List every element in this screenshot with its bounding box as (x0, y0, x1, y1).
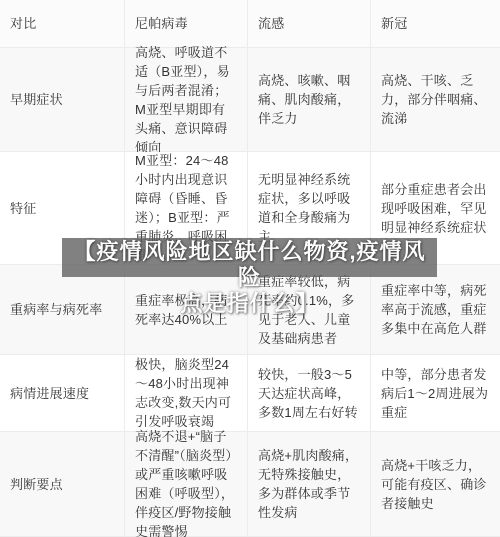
column-header-nipah: 尼帕病毒 (125, 0, 248, 48)
cell-early-symptoms-covid: 高烧、干咳、乏力，部分伴咽痛、流涕 (371, 48, 500, 152)
cell-text: 中等，部分患者发病后1～2周进展为重症 (381, 365, 490, 422)
column-header-flu: 流感 (248, 0, 371, 48)
row-label-text: 早期症状 (10, 90, 63, 109)
cell-text: 较快，一般3～5天达症状高峰，多数1周左右好转 (258, 365, 360, 422)
cell-judgment-flu: 高烧+肌肉酸痛，无特殊接触史，多为群体或季节性发病 (248, 432, 371, 537)
header-label: 尼帕病毒 (135, 14, 188, 33)
row-label-progression-speed: 病情进展速度 (0, 355, 125, 432)
row-label-early-symptoms: 早期症状 (0, 48, 125, 152)
row-label-text: 判断要点 (10, 475, 63, 494)
row-label-severity-fatality: 重病率与病死率 (0, 265, 125, 355)
column-header-compare: 对比 (0, 0, 125, 48)
cell-severity-covid: 重症率中等，病死率高于流感，重症多集中在高危人群 (371, 265, 500, 355)
cell-progression-nipah: 极快，脑炎型24～48小时出现神志改变,数天内可引发呼吸衰竭 (125, 355, 248, 432)
row-label-text: 特征 (10, 199, 36, 218)
cell-progression-flu: 较快，一般3～5天达症状高峰，多数1周左右好转 (248, 355, 371, 432)
cell-progression-covid: 中等，部分患者发病后1～2周进展为重症 (371, 355, 500, 432)
cell-early-symptoms-flu: 高烧、咳嗽、咽痛、肌肉酸痛，伴乏力 (248, 48, 371, 152)
cell-text: 极快，脑炎型24～48小时出现神志改变,数天内可引发呼吸衰竭 (135, 355, 237, 431)
cell-judgment-nipah: 高烧不退+“脑子不清醒”（脑炎型）或严重咳嗽呼吸困难（呼吸型），伴疫区/野物接触… (125, 432, 248, 537)
cell-text: 高烧+肌肉酸痛，无特殊接触史，多为群体或季节性发病 (258, 446, 360, 522)
row-label-text: 病情进展速度 (10, 384, 89, 403)
cell-text: 高烧、呼吸道不适（B亚型），易与后两者混淆；M亚型早期即有头痛、意识障碍倾向 (135, 43, 237, 157)
cell-text: 重症率极高，病死率达40%以上 (135, 291, 237, 329)
cell-text: 无明显神经系统症状，多以呼吸道和全身酸痛为主 (258, 170, 360, 246)
header-label: 新冠 (381, 14, 407, 33)
cell-text: 高烧+干咳乏力，可能有疫区、确诊者接触史 (381, 456, 490, 513)
cell-text: 部分重症患者会出现呼吸困难，罕见明显神经系统症状 (381, 180, 490, 237)
virus-comparison-page: 对比 尼帕病毒 流感 新冠 早期症状 高烧、呼吸道不适（B亚型），易与后两者混淆… (0, 0, 500, 537)
cell-judgment-covid: 高烧+干咳乏力，可能有疫区、确诊者接触史 (371, 432, 500, 537)
header-label: 流感 (258, 14, 284, 33)
column-header-covid: 新冠 (371, 0, 500, 48)
row-label-judgment-points: 判断要点 (0, 432, 125, 537)
cell-early-symptoms-nipah: 高烧、呼吸道不适（B亚型），易与后两者混淆；M亚型早期即有头痛、意识障碍倾向 (125, 48, 248, 152)
cell-text: 高烧、咳嗽、咽痛、肌肉酸痛，伴乏力 (258, 71, 360, 128)
row-label-text: 重病率与病死率 (10, 300, 102, 319)
cell-severity-flu: 重症率较低，病死率约0.1%，多见于老人、儿童及基础病患者 (248, 265, 371, 355)
cell-text: 重症率较低，病死率约0.1%，多见于老人、儿童及基础病患者 (258, 272, 360, 348)
cell-severity-nipah: 重症率极高，病死率达40%以上 (125, 265, 248, 355)
cell-text: 高烧不退+“脑子不清醒”（脑炎型）或严重咳嗽呼吸困难（呼吸型），伴疫区/野物接触… (135, 427, 237, 537)
cell-text: 重症率中等，病死率高于流感，重症多集中在高危人群 (381, 281, 490, 338)
cell-text: 高烧、干咳、乏力，部分伴咽痛、流涕 (381, 71, 490, 128)
header-label: 对比 (10, 14, 36, 33)
watermark-background-bar (62, 238, 437, 277)
